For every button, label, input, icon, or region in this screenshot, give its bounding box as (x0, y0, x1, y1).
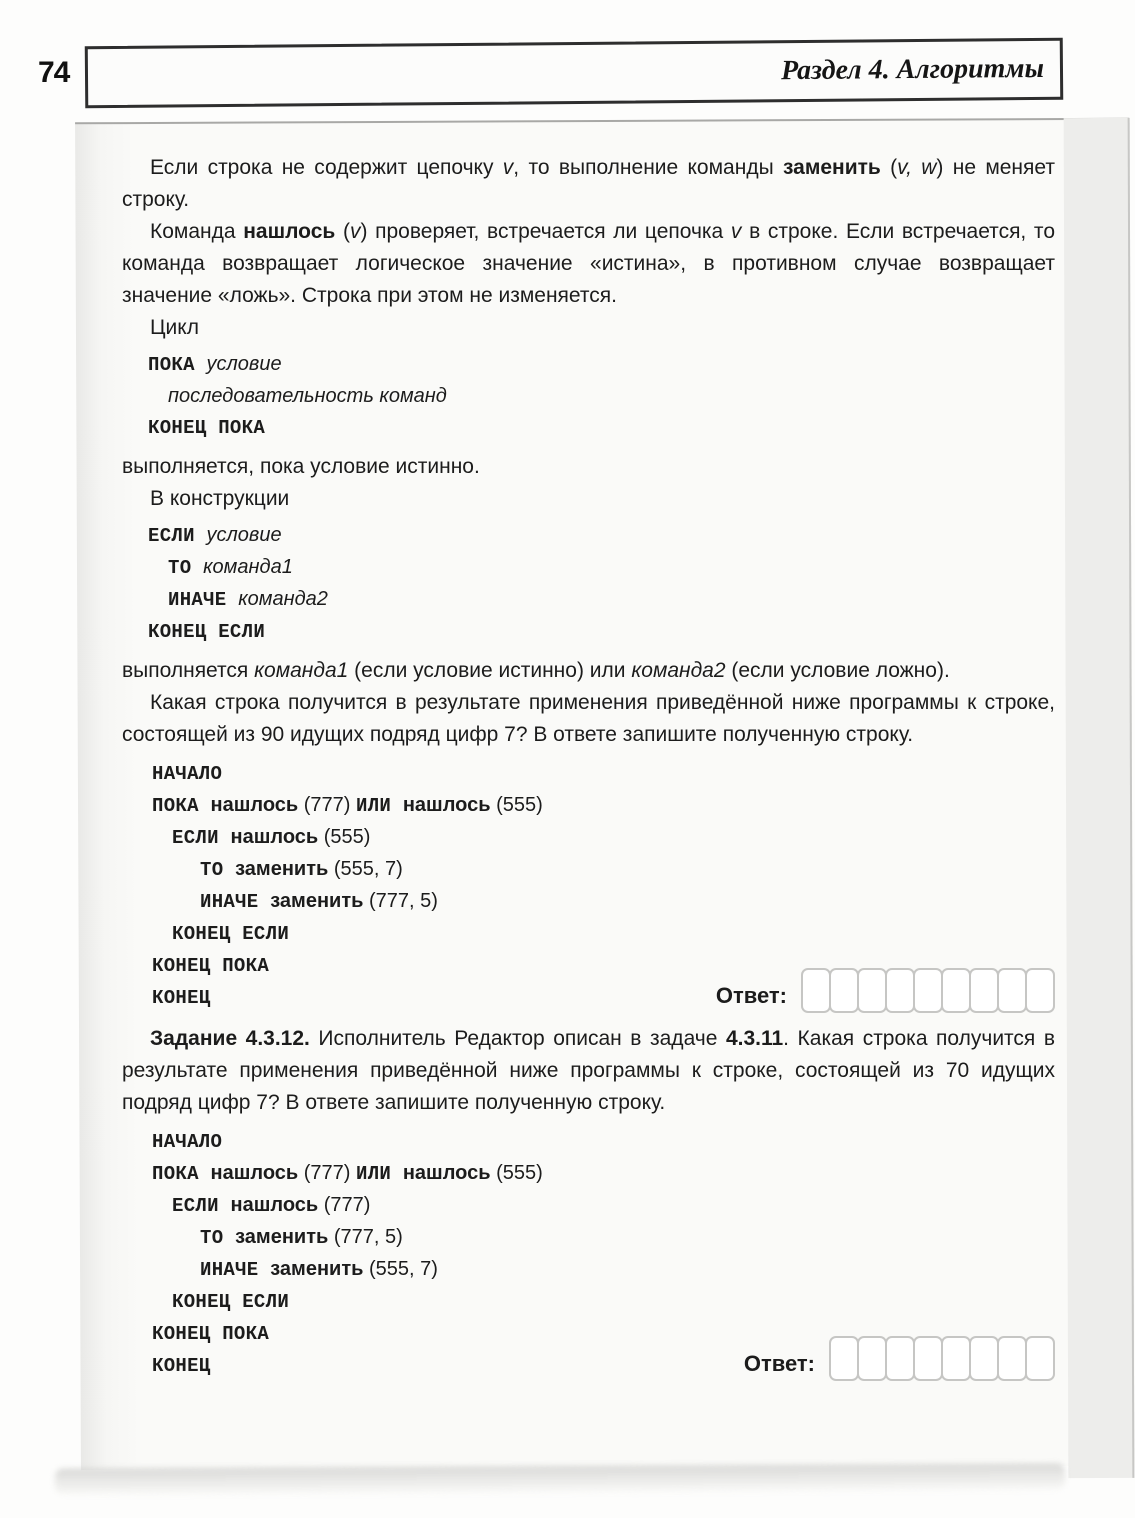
text-segment: команда2 (631, 659, 725, 682)
code-line: НАЧАЛО (122, 1126, 1055, 1158)
text-segment: (555) (491, 1162, 543, 1184)
code-line: ПОКА нашлось (777) ИЛИ нашлось (555) (122, 790, 1055, 822)
answer-label-1: Ответ: (716, 980, 787, 1014)
answer-cell[interactable] (1025, 968, 1055, 1013)
paragraph-loop-note: выполняется, пока условие истинно. (122, 451, 1055, 483)
answer-cell[interactable] (941, 968, 971, 1013)
answer-cell[interactable] (913, 1336, 943, 1381)
code-line: ТО заменить (555, 7) (122, 854, 1055, 886)
answer-cell[interactable] (997, 968, 1027, 1013)
text-segment: КОНЕЦ ЕСЛИ (172, 1291, 289, 1313)
text-segment: ИЛИ (356, 795, 403, 817)
text-segment: ИЛИ (356, 1163, 403, 1185)
text-segment: команда2 (238, 588, 328, 610)
code-line: ИНАЧЕ заменить (777, 5) (122, 886, 1055, 918)
text-segment: ПОКА (148, 354, 207, 376)
text-segment: заменить (270, 1258, 363, 1280)
text-segment: КОНЕЦ (152, 1355, 211, 1377)
code-line: КОНЕЦ ЕСЛИ (122, 1286, 1055, 1318)
scan-edge-bottom (55, 1463, 1065, 1494)
paragraph-construct-label: В конструкции (122, 483, 1055, 515)
text-segment: выполняется (122, 659, 254, 682)
text-segment: нашлось (403, 1162, 491, 1184)
text-segment: (777) (298, 794, 356, 816)
section-header-title: Раздел 4. Алгоритмы (781, 53, 1044, 87)
answer-cell[interactable] (941, 1336, 971, 1381)
text-segment: Если строка не содержит цепочку (150, 156, 503, 179)
program-2: НАЧАЛОПОКА нашлось (777) ИЛИ нашлось (55… (122, 1126, 1055, 1382)
text-segment: ТО (168, 557, 203, 579)
text-segment: 4.3.11 (726, 1027, 783, 1050)
answer-cell[interactable] (969, 1336, 999, 1381)
code-line: НАЧАЛО (122, 758, 1055, 790)
paragraph-nashlos-rule: Команда нашлось (v) проверяет, встречает… (122, 216, 1055, 312)
scan-edge-right (1064, 118, 1135, 1478)
text-segment: Задание 4.3.12. (150, 1027, 318, 1050)
code-line: ЕСЛИ нашлось (777) (122, 1190, 1055, 1222)
code-line: последовательность команд (122, 381, 1055, 412)
code-line: ТО команда1 (122, 552, 1055, 584)
answer-row-1: Ответ: (716, 968, 1055, 1014)
text-segment: нашлось (231, 826, 319, 848)
answer-row-2: Ответ: (744, 1336, 1055, 1382)
text-segment: , то выполнение команды (513, 156, 783, 179)
text-segment: заменить (235, 1226, 328, 1248)
paragraph-question-90: Какая строка получится в результате прим… (122, 687, 1055, 751)
answer-cell[interactable] (829, 968, 859, 1013)
answer-cells-1 (801, 968, 1055, 1014)
answer-cell[interactable] (885, 1336, 915, 1381)
text-segment: ТО (200, 1227, 235, 1249)
text-segment: ТО (200, 859, 235, 881)
text-segment: ЕСЛИ (172, 1195, 231, 1217)
text-segment: (777, 5) (328, 1226, 402, 1248)
answer-cell[interactable] (969, 968, 999, 1013)
answer-cell[interactable] (857, 968, 887, 1013)
text-segment: КОНЕЦ ПОКА (148, 417, 265, 439)
text-segment: КОНЕЦ ПОКА (152, 955, 269, 977)
text-segment: нашлось (211, 1162, 299, 1184)
text-segment: Команда (150, 220, 243, 243)
text-segment: нашлось (231, 1194, 319, 1216)
text-segment: заменить (270, 890, 363, 912)
section-header-box: Раздел 4. Алгоритмы (85, 38, 1064, 109)
text-segment: ИНАЧЕ (168, 589, 238, 611)
text-segment: КОНЕЦ ЕСЛИ (172, 923, 289, 945)
paragraph-task-4312: Задание 4.3.12. Исполнитель Редактор опи… (122, 1023, 1055, 1119)
answer-label-2: Ответ: (744, 1348, 815, 1382)
answer-cell[interactable] (829, 1336, 859, 1381)
code-line: ЕСЛИ нашлось (555) (122, 822, 1055, 854)
code-line: ЕСЛИ условие (122, 520, 1055, 552)
page-number: 74 (38, 56, 69, 90)
text-segment: ЕСЛИ (172, 827, 231, 849)
answer-cells-2 (829, 1336, 1055, 1382)
code-line: КОНЕЦ ПОКА (122, 412, 1055, 444)
code-line: ПОКА условие (122, 349, 1055, 381)
text-segment: КОНЕЦ ЕСЛИ (148, 621, 265, 643)
text-segment: (если условие ложно). (726, 659, 950, 682)
text-segment: последовательность команд (168, 385, 447, 407)
text-segment: (555, 7) (328, 858, 402, 880)
code-line: ТО заменить (777, 5) (122, 1222, 1055, 1254)
code-line: ПОКА нашлось (777) ИЛИ нашлось (555) (122, 1158, 1055, 1190)
answer-cell[interactable] (885, 968, 915, 1013)
text-segment: ) проверяет, встречается ли цепочка (360, 220, 730, 243)
page-content: Если строка не содержит цепочку v, то вы… (122, 152, 1055, 1391)
code-line: ИНАЧЕ команда2 (122, 584, 1055, 616)
text-segment: (777, 5) (363, 890, 437, 912)
text-segment: команда1 (203, 556, 293, 578)
text-segment: ЕСЛИ (148, 525, 207, 547)
text-segment: Исполнитель Редактор описан в задаче (318, 1027, 726, 1050)
answer-cell[interactable] (913, 968, 943, 1013)
text-segment: ПОКА (152, 1163, 211, 1185)
text-segment: условие (207, 524, 282, 546)
paragraph-if-note: выполняется команда1 (если условие истин… (122, 655, 1055, 687)
text-segment: v (350, 220, 361, 243)
text-segment: НАЧАЛО (152, 1131, 222, 1153)
answer-cell[interactable] (1025, 1336, 1055, 1381)
answer-cell[interactable] (801, 968, 831, 1013)
text-segment: ИНАЧЕ (200, 891, 270, 913)
text-segment: ПОКА (152, 795, 211, 817)
answer-cell[interactable] (997, 1336, 1027, 1381)
code-line: ИНАЧЕ заменить (555, 7) (122, 1254, 1055, 1286)
text-segment: нашлось (403, 794, 491, 816)
text-segment: команда1 (254, 659, 348, 682)
text-segment: заменить (235, 858, 328, 880)
text-segment: (555, 7) (363, 1258, 437, 1280)
paragraph-cycle-label: Цикл (122, 312, 1055, 344)
text-segment: заменить (783, 156, 881, 179)
text-segment: НАЧАЛО (152, 763, 222, 785)
text-segment: (если условие истинно) или (348, 659, 631, 682)
answer-cell[interactable] (857, 1336, 887, 1381)
paragraph-zamenit-rule: Если строка не содержит цепочку v, то вы… (122, 152, 1055, 216)
text-segment: нашлось (243, 220, 335, 243)
text-segment: (555) (491, 794, 543, 816)
loop-syntax-block: ПОКА условиепоследовательность командКОН… (122, 349, 1055, 444)
text-segment: (777) (298, 1162, 356, 1184)
text-segment: КОНЕЦ ПОКА (152, 1323, 269, 1345)
text-segment: v (503, 156, 514, 179)
if-syntax-block: ЕСЛИ условиеТО команда1ИНАЧЕ команда2КОН… (122, 520, 1055, 648)
text-segment: (555) (318, 826, 370, 848)
code-line: КОНЕЦ ЕСЛИ (122, 616, 1055, 648)
text-segment: (777) (318, 1194, 370, 1216)
text-segment: нашлось (211, 794, 299, 816)
text-segment: ( (335, 220, 350, 243)
text-segment: условие (207, 353, 282, 375)
text-segment: ( (881, 156, 897, 179)
text-segment: КОНЕЦ (152, 987, 211, 1009)
text-segment: v, w (897, 156, 936, 179)
code-line: КОНЕЦ ЕСЛИ (122, 918, 1055, 950)
text-segment: ИНАЧЕ (200, 1259, 270, 1281)
text-segment: v (731, 220, 742, 243)
program-1: НАЧАЛОПОКА нашлось (777) ИЛИ нашлось (55… (122, 758, 1055, 1014)
